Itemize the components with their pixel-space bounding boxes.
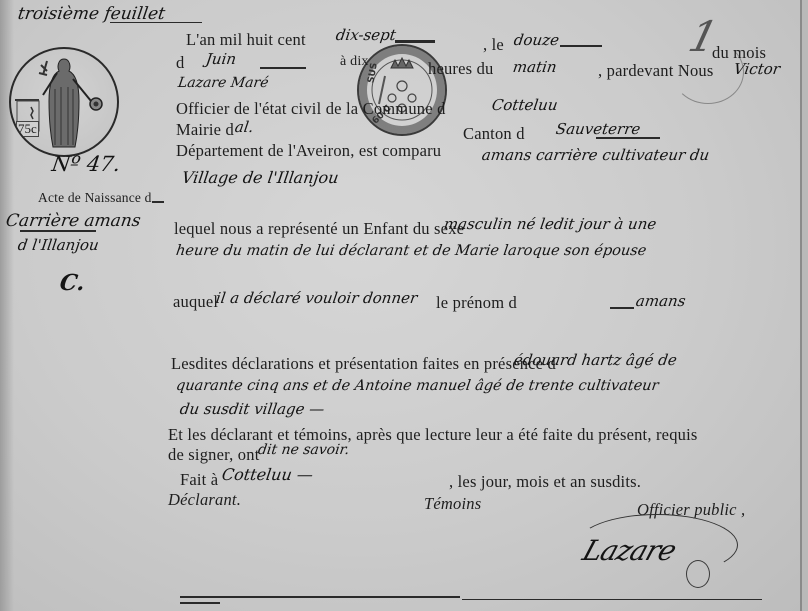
header-annotation: troisième feuillet — [17, 4, 167, 24]
line6-declarant: amans carrière cultivateur du — [481, 146, 711, 164]
margin-subject-line1: Carrière amans — [5, 211, 142, 231]
line13-village: du susdit village — — [179, 400, 326, 418]
line10-firstname: amans — [635, 292, 687, 310]
line2-month: Juin — [205, 50, 238, 68]
header-underline — [110, 22, 202, 23]
line6-print: Département de l'Aveiron, est comparu — [176, 141, 441, 161]
line2-print: d — [176, 53, 184, 73]
line1-print-b: , le — [483, 35, 504, 55]
line5-rule — [596, 137, 660, 139]
line1-day-rule — [560, 45, 602, 47]
line2-hour: à dix — [340, 54, 369, 70]
line9-parents: heure du matin de lui déclarant et de Ma… — [175, 243, 648, 259]
line8-print: lequel nous a représenté un Enfant du se… — [174, 219, 464, 239]
medallion-denomination: 75c — [16, 121, 39, 137]
bottom-rule-right — [462, 599, 762, 600]
line16-print: Fait à — [180, 470, 218, 490]
line2-print-c: , pardevant Nous — [598, 61, 713, 81]
line10-print: auquel — [173, 292, 218, 312]
line10-rule — [610, 307, 634, 309]
bottom-rule-left — [180, 596, 460, 598]
line1-rule — [395, 40, 435, 43]
line8-sex-birth: masculin né ledit jour à une — [443, 215, 658, 233]
line10-print-b: le prénom d — [436, 293, 517, 313]
tax-stamp-medallion: 75c — [9, 47, 119, 157]
signature-flourish — [576, 514, 738, 576]
margin-subject-line2: d l'Illanjou — [17, 236, 100, 254]
margin-mark: C. — [58, 270, 86, 296]
register-page: troisième feuillet 75c — [0, 0, 802, 611]
label-declarant: Déclarant. — [168, 490, 241, 510]
line15-print: de signer, ont — [168, 445, 260, 465]
line2-print-b: heures du — [428, 59, 494, 79]
act-label: Acte de Naissance d — [38, 190, 152, 206]
line5-print: Mairie d — [176, 120, 234, 140]
act-label-rule — [152, 201, 164, 203]
line10-declaration: il a déclaré vouloir donner — [215, 289, 419, 307]
line3-officer-names: Lazare Maré — [177, 75, 270, 91]
line16-place: Cotteluu — — [221, 465, 315, 484]
line5-mairie: al. — [234, 118, 255, 136]
line14-print: Et les déclarant et témoins, après que l… — [168, 425, 698, 445]
line1-print: L'an mil huit cent — [186, 30, 306, 50]
line12-witnesses: quarante cinq ans et de Antoine manuel â… — [175, 378, 660, 394]
line2-officer-firstname: Victor — [733, 60, 782, 78]
margin-underline — [20, 230, 96, 232]
line1-year: dix-sept — [335, 26, 397, 44]
line4-commune: Cotteluu — [491, 96, 559, 114]
circular-embossed-stamp: SUS 60 C — [357, 44, 447, 136]
line5-canton: Sauveterre — [555, 120, 642, 138]
justice-figure-icon — [11, 49, 117, 155]
line2-time: matin — [512, 58, 558, 76]
line15-declaration: dit ne savoir. — [257, 442, 350, 458]
line7-village: Village de l'Illanjou — [181, 168, 340, 187]
line5-print-b: Canton d — [463, 124, 525, 144]
bottom-rule-short — [180, 602, 220, 604]
line4-print: Officier de l'état civil de la Commune d — [176, 99, 446, 119]
line2-rule — [260, 67, 306, 69]
line16-print-b: , les jour, mois et an susdits. — [449, 472, 641, 492]
label-temoins: Témoins — [424, 494, 481, 514]
act-number: Nº 47. — [50, 152, 122, 176]
line11-witness1: édouard hartz âgé de — [513, 351, 678, 369]
signature-paraph — [686, 560, 710, 588]
line1-day: douze — [513, 31, 561, 49]
line11-print: Lesdites déclarations et présentation fa… — [171, 354, 556, 374]
